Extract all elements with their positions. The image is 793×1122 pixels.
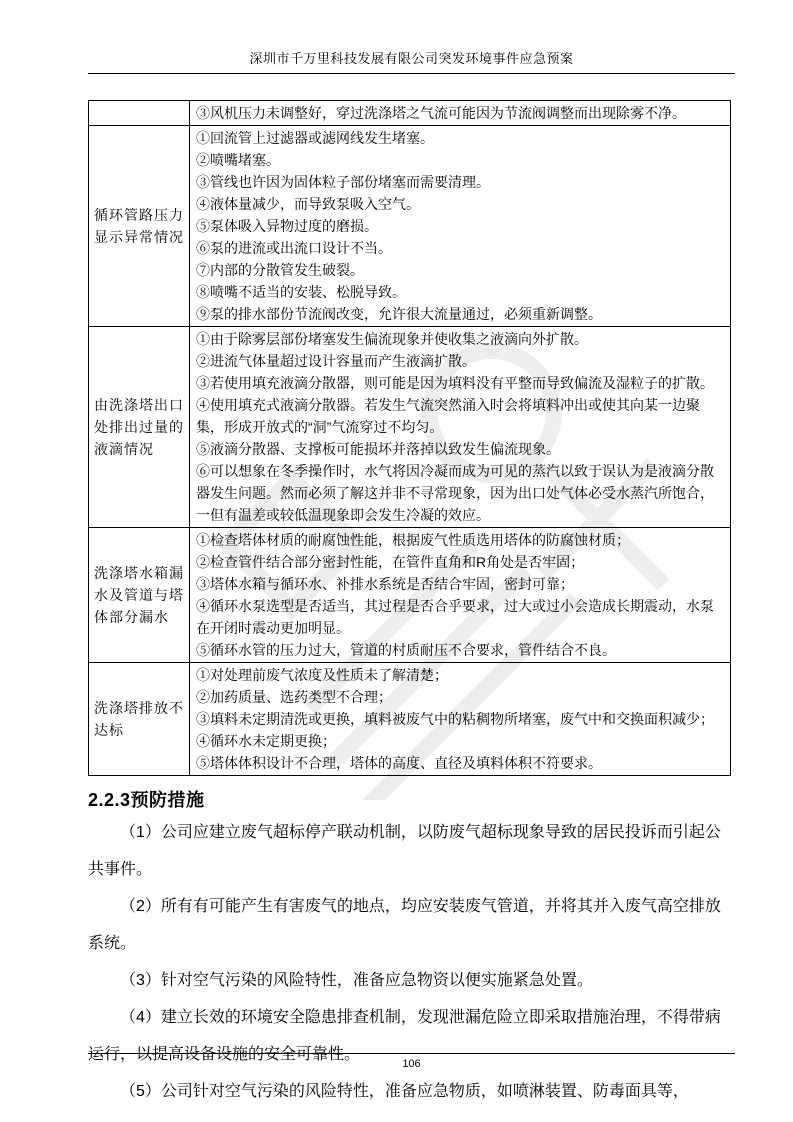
prevention-paragraph: （1）公司应建立废气超标停产联动机制，以防废气超标现象导致的居民投诉而引起公共事…: [88, 814, 735, 888]
prevention-paragraph: （2）所有有可能产生有害废气的地点，均应安装废气管道，并将其并入废气高空排放系统…: [88, 888, 735, 962]
table-row: 由洗涤塔出口处排出过量的液滴情况①由于除雾层部份堵塞发生偏流现象并使收集之液滴向…: [89, 327, 731, 528]
fault-detail-item: ⑦内部的分散管发生破裂。: [196, 259, 726, 281]
fault-detail-item: ④循环水未定期更换；: [196, 730, 726, 752]
fault-detail-item: ④使用填充式液滴分散器。若发生气流突然涌入时会将填料冲出或使其向某一边聚集，形成…: [196, 394, 726, 438]
fault-detail-item: ④液体量减少，而导致泵吸入空气。: [196, 193, 726, 215]
page-content: 深圳市千万里科技发展有限公司突发环境事件应急预案 ③风机压力未调整好，穿过洗涤塔…: [0, 0, 793, 1110]
fault-detail-item: ③若使用填充液滴分散器，则可能是因为填料没有平整而导致偏流及湿粒子的扩散。: [196, 372, 726, 394]
fault-detail-item: ⑤塔体体积设计不合理，塔体的高度、直径及填料体积不符要求。: [196, 752, 726, 774]
fault-category-cell: [89, 101, 190, 126]
fault-detail-item: ②加药质量、选药类型不合理；: [196, 686, 726, 708]
fault-detail-item: ⑥泵的进流或出流口设计不当。: [196, 237, 726, 259]
table-row: 洗涤塔水箱漏水及管道与塔体部分漏水①检查塔体材质的耐腐蚀性能，根据废气性质选用塔…: [89, 528, 731, 663]
fault-detail-item: ③管线也许因为固体粒子部份堵塞而需要清理。: [196, 171, 726, 193]
fault-detail-item: ⑤泵体吸入异物过度的磨损。: [196, 215, 726, 237]
fault-detail-cell: ③风机压力未调整好，穿过洗涤塔之气流可能因为节流阀调整而出现除雾不净。: [190, 101, 731, 126]
prevention-paragraph: （3）针对空气污染的风险特性，准备应急物资以便实施紧急处置。: [88, 962, 735, 999]
fault-detail-item: ⑤循环水管的压力过大，管道的村质耐压不合要求，管件结合不良。: [196, 639, 726, 661]
fault-detail-cell: ①回流管上过滤器或滤网线发生堵塞。②喷嘴堵塞。③管线也许因为固体粒子部份堵塞而需…: [190, 126, 731, 327]
prevention-paragraph: （5）公司针对空气污染的风险特性，准备应急物质，如喷淋装置、防毒面具等，: [88, 1073, 735, 1110]
fault-detail-item: ③填料未定期清洗或更换，填料被废气中的粘稠物所堵塞，废气中和交换面积减少；: [196, 708, 726, 730]
fault-category-cell: 由洗涤塔出口处排出过量的液滴情况: [89, 327, 190, 528]
fault-detail-cell: ①由于除雾层部份堵塞发生偏流现象并使收集之液滴向外扩散。②进流气体量超过设计容量…: [190, 327, 731, 528]
page-header-title: 深圳市千万里科技发展有限公司突发环境事件应急预案: [88, 0, 735, 67]
fault-category-cell: 洗涤塔排放不达标: [89, 663, 190, 776]
table-row: ③风机压力未调整好，穿过洗涤塔之气流可能因为节流阀调整而出现除雾不净。: [89, 101, 731, 126]
fault-detail-cell: ①对处理前废气浓度及性质未了解清楚；②加药质量、选药类型不合理；③填料未定期清洗…: [190, 663, 731, 776]
fault-detail-item: ⑧喷嘴不适当的安装、松脱导致。: [196, 281, 726, 303]
section-heading: 2.2.3预防措施: [88, 786, 735, 812]
fault-detail-item: ⑥可以想象在冬季操作时，水气将因冷凝而成为可见的蒸汽以致于误认为是液滴分散器发生…: [196, 460, 726, 526]
fault-detail-item: ③风机压力未调整好，穿过洗涤塔之气流可能因为节流阀调整而出现除雾不净。: [196, 102, 726, 124]
fault-detail-cell: ①检查塔体材质的耐腐蚀性能，根据废气性质选用塔体的防腐蚀材质；②检查管件结合部分…: [190, 528, 731, 663]
fault-detail-item: ④循环水泵选型是否适当，其过程是否合乎要求，过大或过小会造成长期震动，水泵在开闭…: [196, 595, 726, 639]
fault-table: ③风机压力未调整好，穿过洗涤塔之气流可能因为节流阀调整而出现除雾不净。循环管路压…: [88, 100, 731, 776]
fault-detail-item: ①对处理前废气浓度及性质未了解清楚；: [196, 664, 726, 686]
page-footer: 106: [88, 1053, 735, 1072]
page-number: 106: [402, 1058, 420, 1070]
fault-detail-item: ①检查塔体材质的耐腐蚀性能，根据废气性质选用塔体的防腐蚀材质；: [196, 529, 726, 551]
fault-detail-item: ⑤液滴分散器、支撑板可能损坏并落掉以致发生偏流现象。: [196, 438, 726, 460]
fault-detail-item: ③塔体水箱与循环水、补排水系统是否结合牢固，密封可靠；: [196, 573, 726, 595]
fault-detail-item: ②检查管件结合部分密封性能，在管件直角和R角处是否牢固；: [196, 551, 726, 573]
document-page: 深圳市千万里科技发展有限公司突发环境事件应急预案 ③风机压力未调整好，穿过洗涤塔…: [0, 0, 793, 1122]
fault-detail-item: ②进流气体量超过设计容量而产生液滴扩散。: [196, 350, 726, 372]
fault-detail-item: ②喷嘴堵塞。: [196, 149, 726, 171]
fault-table-body: ③风机压力未调整好，穿过洗涤塔之气流可能因为节流阀调整而出现除雾不净。循环管路压…: [89, 101, 731, 776]
fault-detail-item: ①由于除雾层部份堵塞发生偏流现象并使收集之液滴向外扩散。: [196, 328, 726, 350]
fault-detail-item: ⑨泵的排水部份节流阀改变，允许很大流量通过，必须重新调整。: [196, 303, 726, 325]
fault-detail-item: ①回流管上过滤器或滤网线发生堵塞。: [196, 127, 726, 149]
table-row: 循环管路压力显示异常情况①回流管上过滤器或滤网线发生堵塞。②喷嘴堵塞。③管线也许…: [89, 126, 731, 327]
table-row: 洗涤塔排放不达标①对处理前废气浓度及性质未了解清楚；②加药质量、选药类型不合理；…: [89, 663, 731, 776]
header-rule: [88, 73, 735, 74]
fault-category-cell: 循环管路压力显示异常情况: [89, 126, 190, 327]
fault-category-cell: 洗涤塔水箱漏水及管道与塔体部分漏水: [89, 528, 190, 663]
